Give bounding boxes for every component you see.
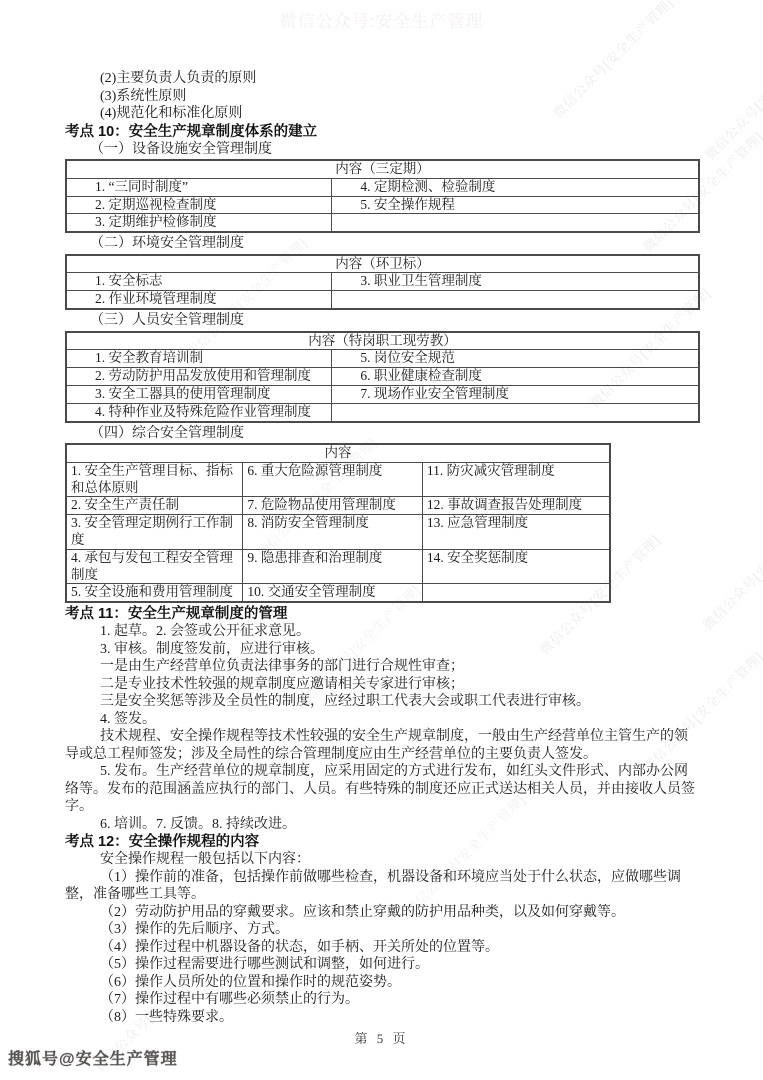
list-item: （8）一些特殊要求。	[65, 1009, 700, 1027]
table-cell: 2. 劳动防护用品发放使用和管理制度	[66, 368, 332, 386]
principle-line: (3)系统性原则	[65, 88, 700, 106]
paragraph-line: 安全操作规程一般包括以下内容：	[65, 851, 700, 869]
table-cell: 10. 交通安全管理制度	[243, 584, 423, 602]
table-cell: 4. 特种作业及特殊危险作业管理制度	[66, 403, 332, 421]
table-cell: 3. 安全管理定期例行工作制度	[66, 515, 243, 550]
table-header-cell: 内容（三定期）	[66, 160, 699, 178]
list-item: （2）劳动防护用品的穿戴要求。应该和禁止穿戴的防护用品种类，以及如何穿戴等。	[65, 904, 700, 922]
page-number: 第 5 页	[0, 1028, 763, 1047]
paragraph-line: 5. 发布。生产经营单位的规章制度，应采用固定的方式进行发布，如红头文件形式、内…	[65, 763, 700, 816]
table-header-cell: 内容（环卫标）	[66, 255, 699, 273]
table-cell: 8. 消防安全管理制度	[243, 515, 423, 550]
table-cell: 3. 职业卫生管理制度	[332, 273, 699, 291]
table-personnel: 内容（特岗职工现劳教） 1. 安全教育培训制 5. 岗位安全规范 2. 劳动防护…	[65, 331, 700, 423]
paragraph-line: 6. 培训。7. 反馈。8. 持续改进。	[65, 816, 700, 834]
topic10-heading: 考点 10：安全生产规章制度体系的建立	[65, 123, 700, 141]
topic11-heading: 考点 11：安全生产规章制度的管理	[65, 605, 700, 623]
table-cell: 14. 安全奖惩制度	[422, 549, 610, 584]
list-item: （6）操作人员所处的位置和操作时的规范姿势。	[65, 974, 700, 992]
principle-line: (2)主要负责人负责的原则	[65, 70, 700, 88]
table-header-cell: 内容	[66, 444, 610, 462]
subsection-label-4: （四）综合安全管理制度	[65, 425, 700, 443]
table-cell: 1. “三同时制度”	[66, 178, 332, 196]
table-cell: 3. 安全工器具的使用管理制度	[66, 385, 332, 403]
table-cell: 5. 安全操作规程	[332, 196, 699, 214]
table-cell	[332, 214, 699, 232]
table-cell: 4. 承包与发包工程安全管理制度	[66, 549, 243, 584]
list-item: （5）操作过程需要进行哪些测试和调整，如何进行。	[65, 956, 700, 974]
paragraph-line: 三是安全奖惩等涉及全员性的制度，应经过职工代表大会或职工代表进行审核。	[65, 693, 700, 711]
table-cell: 9. 隐患排查和治理制度	[243, 549, 423, 584]
subsection-label-1: （一）设备设施安全管理制度	[65, 141, 700, 159]
document-page: 微信公众号:安全生产管理 微信公众号[安全生产管理] 微信公众号[安全生产管理]…	[0, 0, 763, 1080]
subsection-label-2: （二）环境安全管理制度	[65, 235, 700, 253]
table-cell: 4. 定期检测、检验制度	[332, 178, 699, 196]
table-cell: 6. 职业健康检查制度	[332, 368, 699, 386]
list-item: （3）操作的先后顺序、方式。	[65, 921, 700, 939]
paragraph-line: 一是由生产经营单位负责法律事务的部门进行合规性审查；	[65, 658, 700, 676]
table-cell: 5. 安全设施和费用管理制度	[66, 584, 243, 602]
table-cell: 2. 作业环境管理制度	[66, 291, 332, 309]
list-item: （1）操作前的准备，包括操作前做哪些检查，机器设备和环境应当处于什么状态，应做哪…	[65, 869, 700, 904]
paragraph-line: 1. 起草。2. 会签或公开征求意见。	[65, 623, 700, 641]
table-comprehensive: 内容 1. 安全生产管理目标、指标和总体原则 6. 重大危险源管理制度 11. …	[65, 443, 611, 603]
topic12-heading: 考点 12：安全操作规程的内容	[65, 833, 700, 851]
watermark-header: 微信公众号:安全生产管理	[0, 7, 763, 32]
sohu-brand-watermark: 搜狐号@安全生产管理	[8, 1046, 178, 1069]
paragraph-line: 4. 签发。	[65, 711, 700, 729]
watermark-diagonal: 微信公众号[安全生产管理]	[700, 35, 763, 164]
watermark-diagonal: 微信公众号[安全生产管理]	[698, 505, 763, 634]
table-cell	[332, 403, 699, 421]
table-cell: 11. 防灾减灾管理制度	[422, 462, 610, 497]
list-item: （7）操作过程中有哪些必须禁止的行为。	[65, 991, 700, 1009]
paragraph-line: 二是专业技术性较强的规章制度应邀请相关专家进行审核；	[65, 676, 700, 694]
table-cell: 6. 重大危险源管理制度	[243, 462, 423, 497]
table-cell	[422, 584, 610, 602]
table-cell: 2. 安全生产责任制	[66, 497, 243, 515]
table-cell: 13. 应急管理制度	[422, 515, 610, 550]
subsection-label-3: （三）人员安全管理制度	[65, 312, 700, 330]
document-body: (2)主要负责人负责的原则 (3)系统性原则 (4)规范化和标准化原则 考点 1…	[65, 70, 700, 1026]
principle-line: (4)规范化和标准化原则	[65, 105, 700, 123]
table-cell: 7. 危险物品使用管理制度	[243, 497, 423, 515]
table-cell	[332, 291, 699, 309]
table-cell: 1. 安全标志	[66, 273, 332, 291]
table-cell: 3. 定期维护检修制度	[66, 214, 332, 232]
list-item: （4）操作过程中机器设备的状态，如手柄、开关所处的位置等。	[65, 939, 700, 957]
paragraph-line: 技术规程、安全操作规程等技术性较强的安全生产规章制度，一般由生产经营单位主管生产…	[65, 728, 700, 763]
table-cell: 12. 事故调查报告处理制度	[422, 497, 610, 515]
paragraph-line: 3. 审核。制度签发前，应进行审核。	[65, 641, 700, 659]
table-cell: 5. 岗位安全规范	[332, 350, 699, 368]
table-equipment-facility: 内容（三定期） 1. “三同时制度” 4. 定期检测、检验制度 2. 定期巡视检…	[65, 159, 700, 233]
table-cell: 1. 安全生产管理目标、指标和总体原则	[66, 462, 243, 497]
table-environment: 内容（环卫标） 1. 安全标志 3. 职业卫生管理制度 2. 作业环境管理制度	[65, 254, 700, 310]
table-header-cell: 内容（特岗职工现劳教）	[66, 332, 699, 350]
table-cell: 1. 安全教育培训制	[66, 350, 332, 368]
table-cell: 7. 现场作业安全管理制度	[332, 385, 699, 403]
table-cell: 2. 定期巡视检查制度	[66, 196, 332, 214]
